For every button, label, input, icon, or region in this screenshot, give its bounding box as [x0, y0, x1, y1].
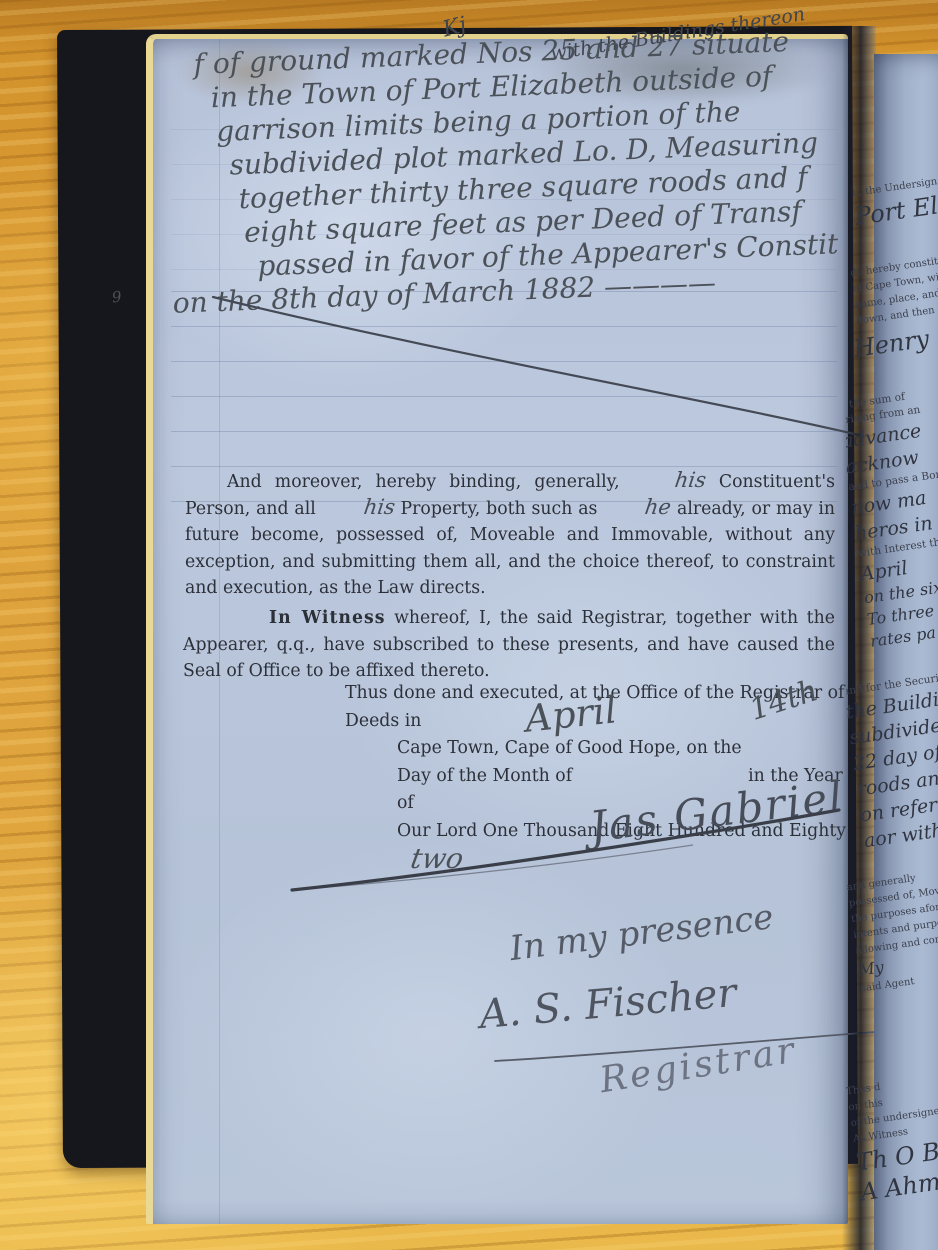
handwritten-year-word: two	[409, 845, 466, 873]
moreover-clause: And moreover, hereby binding, generally,…	[185, 469, 835, 602]
in-witness-lead: In Witness	[269, 608, 385, 628]
execution-text: Day of the Month of	[397, 766, 572, 786]
clause-text: And moreover, hereby binding, generally,	[227, 472, 633, 492]
right-page-fragment: Henry	[852, 324, 931, 364]
execution-line: Cape Town, Cape of Good Hope, on the	[397, 735, 865, 763]
right-page-constitution: do hereby constitutof Cape Town, withnam…	[850, 252, 938, 330]
witness-clause: In Witness whereof, I, the said Registra…	[183, 605, 835, 685]
presence-note: In my presence	[508, 897, 776, 969]
right-page-name: Henry	[852, 324, 931, 364]
right-page-security: and for the Securitthe Buildingsubdivide…	[846, 668, 938, 854]
page-edge-stack	[80, 38, 153, 1216]
clause-text: Property, both such as	[395, 499, 604, 519]
right-page-text: I , the UndersignPort Eliz do hereby con…	[846, 54, 938, 1250]
void-strike-line	[193, 283, 873, 453]
right-page-debt-details: is the sum ofarising from anadvanceackno…	[846, 385, 938, 653]
right-page-general-clause: and generallypossessed of, Moveathe purp…	[846, 866, 938, 998]
deed-left-page: Kj with the Buildings thereon f of groun…	[146, 34, 848, 1224]
witness-signature: A. S. Fischer	[477, 970, 738, 1038]
right-page-execution: Thus don thisof the undersigned WAs Witn…	[846, 1069, 938, 1207]
margin-mark: 9	[111, 288, 122, 307]
photographed-deed-book: 9 Kj with the Buildings thereon f of gro…	[0, 0, 938, 1250]
registrar-title: Registrar	[597, 1030, 800, 1102]
handwritten-property-description: f of ground marked Nos 25 and 27 situate…	[163, 23, 863, 321]
right-page-opening: I , the UndersignPort Eliz	[851, 172, 938, 232]
